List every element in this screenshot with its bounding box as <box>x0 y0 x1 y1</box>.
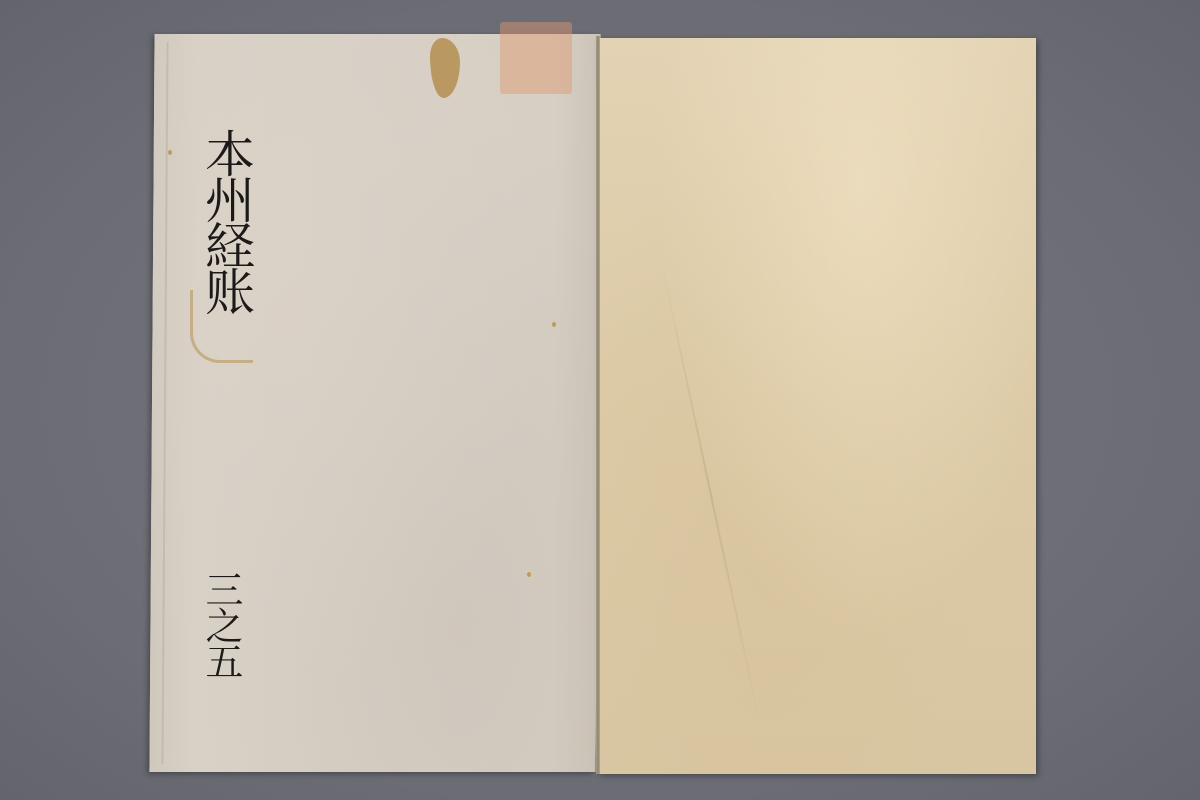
paper-speck <box>168 150 172 155</box>
paper-speck <box>552 322 556 327</box>
volume-label: 三之五 <box>196 570 246 678</box>
paper-speck <box>527 572 531 577</box>
book-spine <box>596 36 600 774</box>
open-book: 本州経账 三之五 <box>0 0 1200 800</box>
faded-seal-stamp <box>500 22 572 94</box>
right-page-blank <box>598 38 1036 774</box>
book-title: 本州経账 <box>194 128 258 312</box>
